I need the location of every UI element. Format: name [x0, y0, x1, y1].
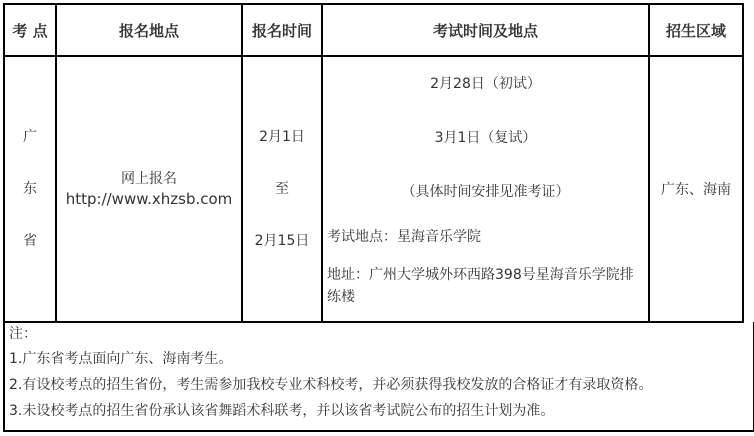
note-item: 2.有设校考点的招生省份，考生需参加我校专业术科校考，并必须获得我校发放的合格证…	[9, 372, 753, 398]
province-char: 广	[5, 111, 55, 163]
exam-location: 考试地点：星海音乐学院	[327, 226, 644, 248]
registration-time-cell: 2月1日 至 2月15日	[242, 56, 322, 322]
province-char: 东	[5, 163, 55, 215]
notes-section: 注： 1.广东省考点面向广东、海南考生。 2.有设校考点的招生省份，考生需参加我…	[3, 322, 754, 432]
header-registration-time: 报名时间	[242, 4, 322, 56]
note-item: 1.广东省考点面向广东、海南考生。	[9, 346, 753, 372]
header-row: 考 点 报名地点 报名时间 考试时间及地点 招生区域	[4, 4, 743, 56]
registration-method: 网上报名	[57, 169, 241, 189]
second-exam-date: 3月1日（复试）	[327, 125, 644, 152]
registration-end: 2月15日	[243, 215, 321, 267]
region-cell: 广东、海南	[649, 56, 743, 322]
registration-url[interactable]: http://www.xhzsb.com	[57, 189, 241, 209]
exam-schedule-table: 考 点 报名地点 报名时间 考试时间及地点 招生区域 广 东 省 网上报名 ht…	[3, 3, 744, 323]
header-registration-place: 报名地点	[56, 4, 242, 56]
first-exam-date: 2月28日（初试）	[327, 71, 644, 98]
header-region: 招生区域	[649, 4, 743, 56]
exam-schedule-note: （具体时间安排见准考证）	[327, 179, 644, 206]
province-char: 省	[5, 215, 55, 267]
note-item: 3.未设校考点的招生省份承认该省舞蹈术科联考，并以该省考试院公布的招生计划为准。	[9, 398, 753, 424]
exam-time-place-cell: 2月28日（初试） 3月1日（复试） （具体时间安排见准考证） 考试地点：星海音…	[322, 56, 649, 322]
notes-title: 注：	[9, 322, 753, 346]
registration-place-cell: 网上报名 http://www.xhzsb.com	[56, 56, 242, 322]
header-exam-site: 考 点	[4, 4, 56, 56]
table-row: 广 东 省 网上报名 http://www.xhzsb.com 2月1日 至 2…	[4, 56, 743, 322]
registration-start: 2月1日	[243, 111, 321, 163]
province-cell: 广 东 省	[4, 56, 56, 322]
registration-to: 至	[243, 163, 321, 215]
header-exam-time-place: 考试时间及地点	[322, 4, 649, 56]
exam-address: 地址：广州大学城外环西路398号星海音乐学院排练楼	[327, 264, 644, 308]
